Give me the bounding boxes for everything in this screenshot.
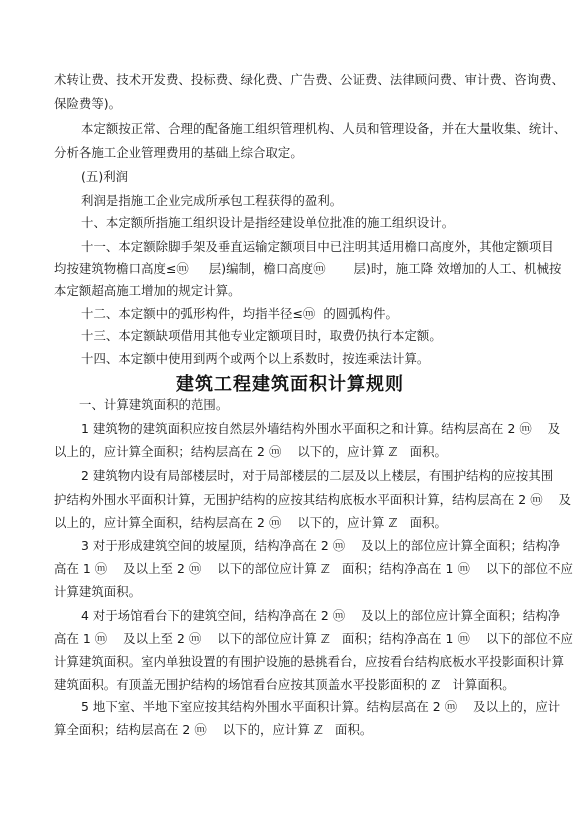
body-line: 计算建筑面积。室内单独设置的有围护设施的悬挑看台，应按看台结构底板水平投影面积计… <box>54 654 564 670</box>
body-line: 术转让费、技术开发费、投标费、绿化费、广告费、公证费、法律顾问费、审计费、咨询费… <box>54 72 564 88</box>
section-title: 建筑工程建筑面积计算规则 <box>0 370 580 396</box>
body-line: 2 建筑物内设有局部楼层时，对于局部楼层的二层及以上楼层，有围护结构的应按其围 <box>81 468 553 484</box>
body-line: 本定额超高施工增加的规定计算。 <box>54 283 241 299</box>
body-line: 十一、本定额除脚手架及垂直运输定额项目中已注明其适用檐口高度外，其他定额项目 <box>81 239 554 255</box>
body-line: 3 对于形成建筑空间的坡屋顶，结构净高在 2 ⓜ 及以上的部位应计算全面积；结构… <box>81 538 560 554</box>
body-line: 十三、本定额缺项借用其他专业定额项目时，取费仍执行本定额。 <box>81 328 442 344</box>
body-line: 建筑面积。有顶盖无围护结构的场馆看台应按其顶盖水平投影面积的 ℤ 计算面积。 <box>54 677 515 693</box>
body-line: 保险费等)。 <box>54 96 121 112</box>
body-line: 一、计算建筑面积的范围。 <box>79 397 228 413</box>
body-line: 以上的，应计算全面积；结构层高在 2 ⓜ 以下的，应计算 ℤ 面积。 <box>54 444 447 460</box>
body-line: 高在 1 ⓜ 及以上至 2 ⓜ 以下的部位应计算 ℤ 面积；结构净高在 1 ⓜ … <box>54 561 573 577</box>
body-line: 5 地下室、半地下室应按其结构外围水平面积计算。结构层高在 2 ⓜ 及以上的，应… <box>81 699 560 715</box>
document-page: 术转让费、技术开发费、投标费、绿化费、广告费、公证费、法律顾问费、审计费、咨询费… <box>0 0 580 820</box>
body-line: 利润是指施工企业完成所承包工程获得的盈利。 <box>81 193 342 209</box>
body-line: 1 建筑物的建筑面积应按自然层外墙结构外围水平面积之和计算。结构层高在 2 ⓜ … <box>81 421 560 437</box>
body-line: 算全面积；结构层高在 2 ⓜ 以下的，应计算 ℤ 面积。 <box>54 722 372 738</box>
body-line: 均按建筑物檐口高度≤ⓜ 层)编制，檐口高度ⓜ 层)时，施工降 效增加的人工、机械… <box>54 261 561 277</box>
body-line: 本定额按正常、合理的配备施工组织管理机构、人员和管理设备，并在大量收集、统计、 <box>81 121 566 137</box>
body-line: 十四、本定额中使用到两个或两个以上系数时，按连乘法计算。 <box>81 351 429 367</box>
body-line: 4 对于场馆看台下的建筑空间，结构净高在 2 ⓜ 及以上的部位应计算全面积；结构… <box>81 608 560 624</box>
body-line: 以上的，应计算全面积，结构层高在 2 ⓜ 以下的，应计算 ℤ 面积。 <box>54 515 447 531</box>
body-line: 十、本定额所指施工组织设计是指经建设单位批准的施工组织设计。 <box>81 215 454 231</box>
body-line: 分析各施工企业管理费用的基础上综合取定。 <box>54 145 303 161</box>
body-line: 护结构外围水平面积计算，无围护结构的应按其结构底板水平面积计算，结构层高在 2 … <box>54 492 571 508</box>
body-line: 高在 1 ⓜ 及以上至 2 ⓜ 以下的部位应计算 ℤ 面积；结构净高在 1 ⓜ … <box>54 631 573 647</box>
body-line: 十二、本定额中的弧形构件，均指半径≤ⓜ 的圆弧构件。 <box>81 306 398 322</box>
section-heading-profit: (五)利润 <box>81 169 128 185</box>
body-line: 计算建筑面积。 <box>54 584 141 600</box>
